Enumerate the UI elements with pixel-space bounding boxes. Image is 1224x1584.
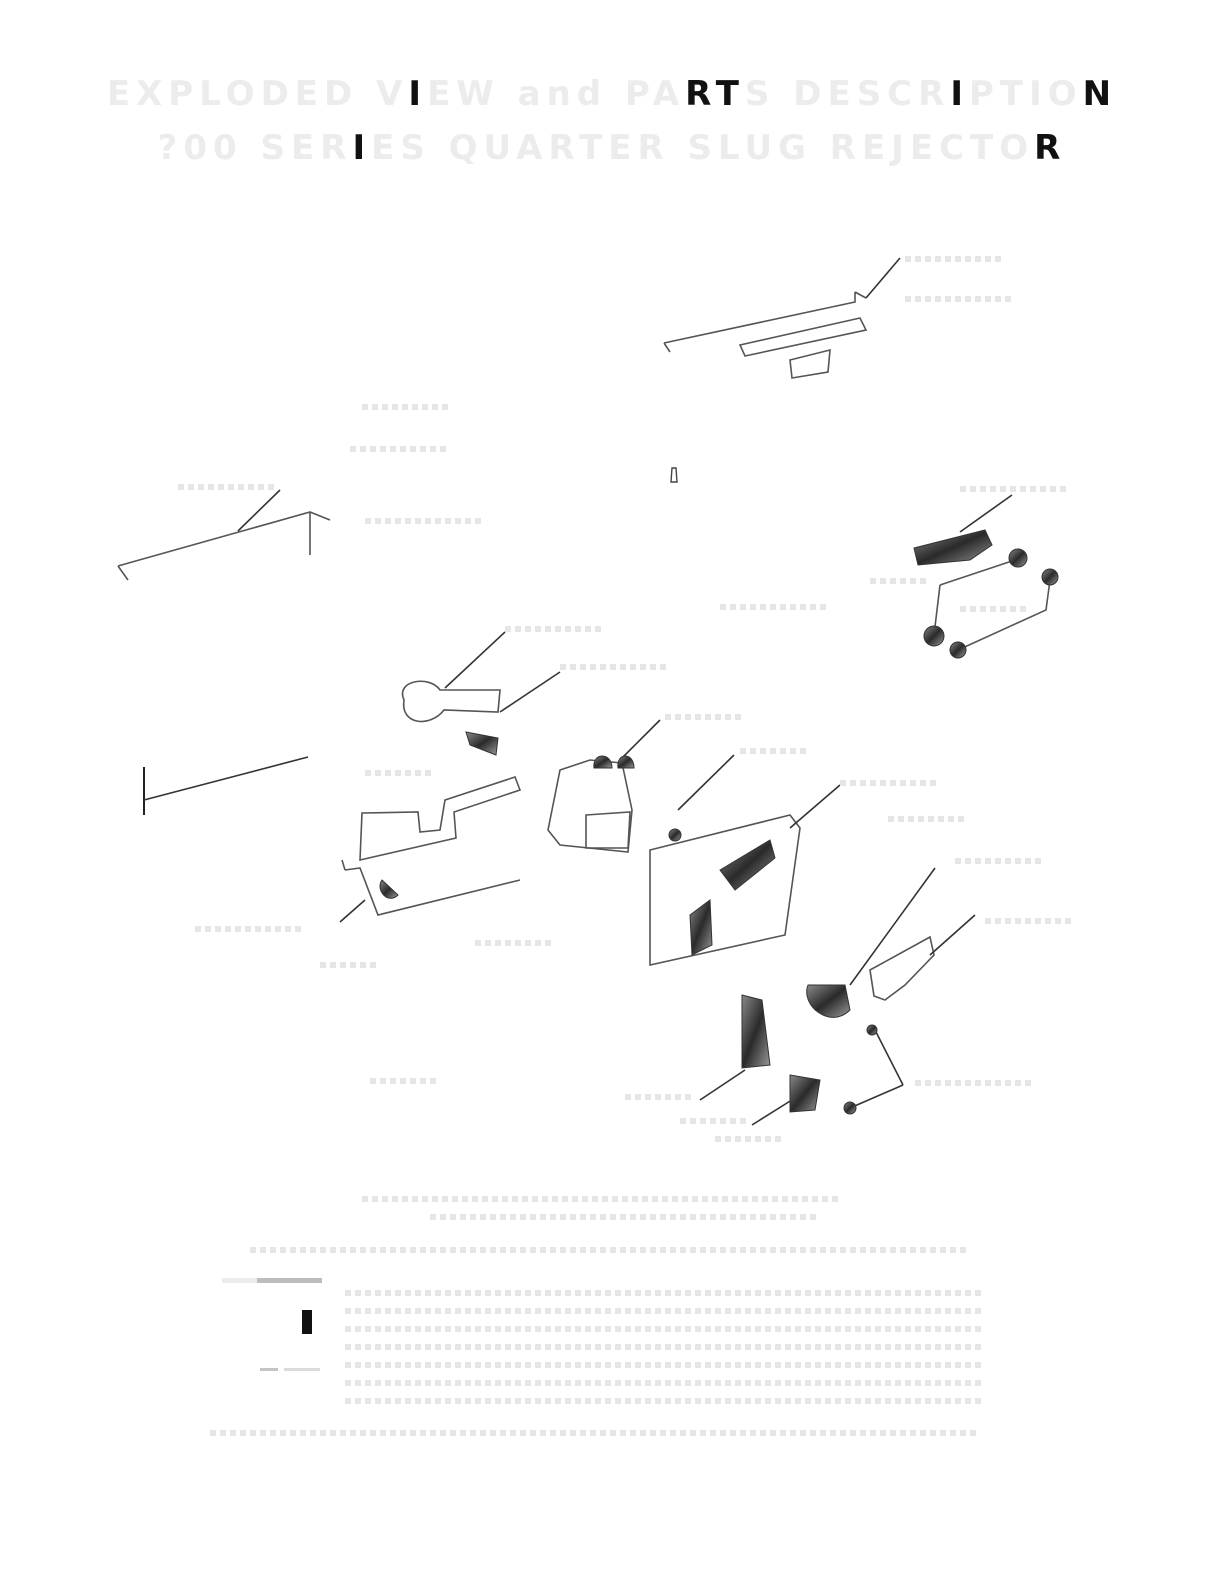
paragraph-line — [345, 1362, 985, 1368]
paragraph-line — [345, 1344, 985, 1350]
part-label — [370, 1078, 440, 1084]
caption-line — [430, 1214, 820, 1220]
part-label — [178, 484, 278, 490]
part-label — [365, 770, 435, 776]
paragraph-line — [345, 1290, 985, 1296]
part-label — [960, 486, 1070, 492]
logo-bar — [222, 1278, 322, 1283]
part-label — [840, 780, 940, 786]
part-label — [740, 748, 810, 754]
paragraph-line — [210, 1430, 980, 1436]
part-label — [680, 1118, 750, 1124]
part-label — [960, 606, 1030, 612]
paragraph-line — [345, 1398, 985, 1404]
notice-heading — [250, 1247, 970, 1253]
paragraph-line — [345, 1308, 985, 1314]
logo-mark — [302, 1310, 312, 1334]
paragraph-line — [345, 1380, 985, 1386]
part-label — [905, 296, 1015, 302]
paragraph-line — [345, 1326, 985, 1332]
part-label — [365, 518, 485, 524]
part-label — [320, 962, 380, 968]
part-label — [475, 940, 555, 946]
part-label — [915, 1080, 1035, 1086]
part-label — [350, 446, 450, 452]
part-label — [560, 664, 670, 670]
part-label — [715, 1136, 785, 1142]
logo — [212, 1278, 332, 1388]
logo-subline — [260, 1368, 320, 1371]
part-label — [195, 926, 305, 932]
part-label — [985, 918, 1075, 924]
part-label — [362, 404, 452, 410]
part-label — [905, 256, 1005, 262]
caption-line — [362, 1196, 842, 1202]
part-label — [625, 1094, 695, 1100]
part-label — [720, 604, 830, 610]
part-label — [888, 816, 968, 822]
part-label — [505, 626, 605, 632]
part-label — [955, 858, 1045, 864]
part-label — [665, 714, 745, 720]
part-label — [870, 578, 930, 584]
